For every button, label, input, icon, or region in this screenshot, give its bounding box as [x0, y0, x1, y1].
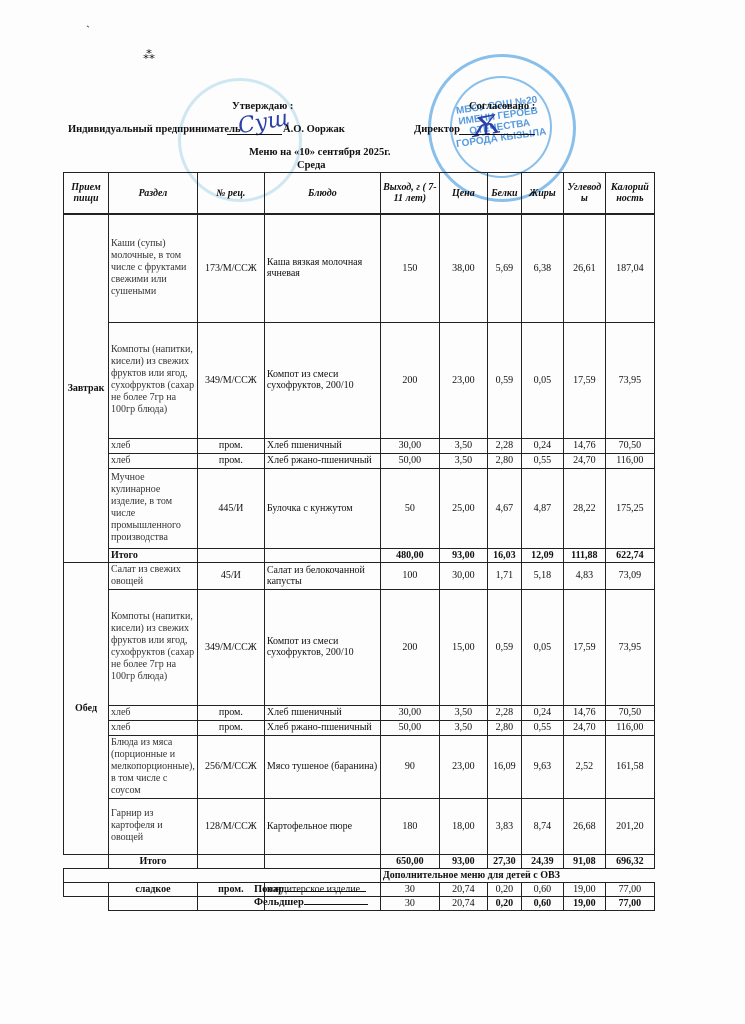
cell-recipe: пром. [197, 453, 264, 468]
cell-recipe: 256/М/ССЖ [197, 735, 264, 798]
cell-yield: 180 [380, 798, 439, 854]
cell-fat: 5,18 [521, 562, 563, 589]
extra-spacer [64, 868, 381, 882]
cell-price: 23,00 [439, 322, 487, 438]
weekday: Среда [297, 160, 326, 171]
table-row: Компоты (напитки, кисели) из свежих фрук… [64, 589, 655, 705]
total-fat: 12,09 [521, 548, 563, 562]
cell-protein: 4,67 [487, 468, 521, 548]
cell-protein: 2,28 [487, 705, 521, 720]
total-row: Итого480,0093,0016,0312,09111,88622,74 [64, 548, 655, 562]
cell-section: хлеб [109, 438, 198, 453]
cell-section: Гарнир из картофеля и овощей [109, 798, 198, 854]
total-recipe [197, 548, 264, 562]
total-label: Итого [109, 548, 198, 562]
total-carbs: 111,88 [563, 548, 605, 562]
cell-dish: Хлеб ржано-пшеничный [264, 453, 380, 468]
cell-kcal: 161,58 [605, 735, 654, 798]
total-carbs: 91,08 [563, 854, 605, 868]
cell-fat: 0,60 [521, 882, 563, 896]
total-recipe [197, 854, 264, 868]
cell-carbs: 17,59 [563, 322, 605, 438]
cell-section: хлеб [109, 705, 198, 720]
cell-price: 15,00 [439, 589, 487, 705]
cell-section: хлеб [109, 720, 198, 735]
agree-label: Согласовано : [469, 101, 535, 112]
cell-price: 3,50 [439, 453, 487, 468]
cell-dish: Хлеб пшеничный [264, 438, 380, 453]
extra-total-price: 20,74 [439, 896, 487, 910]
cell-yield: 200 [380, 322, 439, 438]
col-section: Раздел [109, 173, 198, 215]
cell-dish: Салат из белокочанной капусты [264, 562, 380, 589]
col-yield: Выход, г ( 7-11 лет) [380, 173, 439, 215]
total-spacer [64, 854, 109, 868]
cell-carbs: 14,76 [563, 705, 605, 720]
table-header: Прием пищи Раздел № рец. Блюдо Выход, г … [64, 173, 655, 215]
total-protein: 27,30 [487, 854, 521, 868]
cell-kcal: 116,00 [605, 720, 654, 735]
meal-name: Обед [64, 562, 109, 854]
extra-mark [109, 896, 198, 910]
table-row: хлебпром.Хлеб пшеничный30,003,502,280,24… [64, 438, 655, 453]
total-yield: 650,00 [380, 854, 439, 868]
cell-kcal: 73,09 [605, 562, 654, 589]
cell-protein: 0,59 [487, 589, 521, 705]
total-row: Итого650,0093,0027,3024,3991,08696,32 [64, 854, 655, 868]
cook-signature: Повар [254, 884, 366, 895]
cell-protein: 0,59 [487, 322, 521, 438]
total-protein: 16,03 [487, 548, 521, 562]
extra-total-yield: 30 [380, 896, 439, 910]
cell-protein: 1,71 [487, 562, 521, 589]
cell-price: 3,50 [439, 705, 487, 720]
cell-carbs: 24,70 [563, 453, 605, 468]
total-fat: 24,39 [521, 854, 563, 868]
total-price: 93,00 [439, 548, 487, 562]
cell-price: 30,00 [439, 562, 487, 589]
scan-mark: ⁂ [143, 48, 155, 63]
total-kcal: 696,32 [605, 854, 654, 868]
cell-section: хлеб [109, 453, 198, 468]
cell-dish: Картофельное пюре [264, 798, 380, 854]
cell-section: Компоты (напитки, кисели) из свежих фрук… [109, 589, 198, 705]
cell-dish: Хлеб ржано-пшеничный [264, 720, 380, 735]
cell-yield: 100 [380, 562, 439, 589]
cell-kcal: 175,25 [605, 468, 654, 548]
cell-yield: 150 [380, 214, 439, 322]
cell-dish: Каша вязкая молочная ячневая [264, 214, 380, 322]
extra-blank [64, 896, 109, 910]
cell-recipe: 173/М/ССЖ [197, 214, 264, 322]
col-protein: Белки [487, 173, 521, 215]
cell-price: 3,50 [439, 720, 487, 735]
cell-dish: Хлеб пшеничный [264, 705, 380, 720]
cell-carbs: 17,59 [563, 589, 605, 705]
col-meal: Прием пищи [64, 173, 109, 215]
approver-title: Индивидуальный предприниматель [68, 124, 241, 135]
cell-price: 38,00 [439, 214, 487, 322]
cell-carbs: 26,68 [563, 798, 605, 854]
cell-dish: Булочка с кунжутом [264, 468, 380, 548]
medic-label: Фельдшер [254, 897, 304, 908]
extra-menu-title-row: Дополнительное меню для детей с ОВЗ [64, 868, 655, 882]
cell-kcal: 187,04 [605, 214, 654, 322]
cell-section: Салат из свежих овощей [109, 562, 198, 589]
cell-section: Компоты (напитки, кисели) из свежих фрук… [109, 322, 198, 438]
cell-protein: 16,09 [487, 735, 521, 798]
cell-protein: 2,80 [487, 720, 521, 735]
cell-kcal: 70,50 [605, 438, 654, 453]
total-kcal: 622,74 [605, 548, 654, 562]
table-row: Компоты (напитки, кисели) из свежих фрук… [64, 322, 655, 438]
cell-yield: 30,00 [380, 705, 439, 720]
table-row: ОбедСалат из свежих овощей45/ИСалат из б… [64, 562, 655, 589]
total-dish [264, 548, 380, 562]
cell-fat: 6,38 [521, 214, 563, 322]
cell-recipe: 445/И [197, 468, 264, 548]
extra-total-fat: 0,60 [521, 896, 563, 910]
table-row: Гарнир из картофеля и овощей128/М/ССЖКар… [64, 798, 655, 854]
cell-protein: 0,20 [487, 882, 521, 896]
table-row: Мучное кулинарное изделие, в том числе п… [64, 468, 655, 548]
cell-fat: 0,55 [521, 720, 563, 735]
cell-carbs: 28,22 [563, 468, 605, 548]
extra-total-protein: 0,20 [487, 896, 521, 910]
cell-price: 25,00 [439, 468, 487, 548]
extra-blank [64, 882, 109, 896]
cell-protein: 2,80 [487, 453, 521, 468]
cell-protein: 2,28 [487, 438, 521, 453]
total-yield: 480,00 [380, 548, 439, 562]
cell-yield: 50,00 [380, 453, 439, 468]
menu-title: Меню на «10» сентября 2025г. [249, 147, 390, 158]
cell-carbs: 2,52 [563, 735, 605, 798]
meal-name: Завтрак [64, 214, 109, 562]
cell-section: Блюда из мяса (порционные и мелкопорцион… [109, 735, 198, 798]
cell-carbs: 19,00 [563, 882, 605, 896]
cell-fat: 9,63 [521, 735, 563, 798]
cell-fat: 0,24 [521, 438, 563, 453]
cell-dish: Мясо тушеное (баранина) [264, 735, 380, 798]
extra-total-kcal: 77,00 [605, 896, 654, 910]
cell-fat: 0,05 [521, 589, 563, 705]
extra-menu-title: Дополнительное меню для детей с ОВЗ [380, 868, 654, 882]
col-price: Цена [439, 173, 487, 215]
cell-kcal: 77,00 [605, 882, 654, 896]
cell-price: 3,50 [439, 438, 487, 453]
cell-price: 23,00 [439, 735, 487, 798]
col-kcal: Калорий ность [605, 173, 654, 215]
cell-carbs: 4,83 [563, 562, 605, 589]
cell-yield: 50 [380, 468, 439, 548]
table-row: хлебпром.Хлеб ржано-пшеничный50,003,502,… [64, 453, 655, 468]
cell-kcal: 73,95 [605, 589, 654, 705]
cell-price: 20,74 [439, 882, 487, 896]
cell-recipe: 45/И [197, 562, 264, 589]
cell-protein: 3,83 [487, 798, 521, 854]
col-dish: Блюдо [264, 173, 380, 215]
cell-fat: 0,24 [521, 705, 563, 720]
extra-total-carbs: 19,00 [563, 896, 605, 910]
cell-recipe: 349/М/ССЖ [197, 589, 264, 705]
table-row: хлебпром.Хлеб пшеничный30,003,502,280,24… [64, 705, 655, 720]
menu-table: Прием пищи Раздел № рец. Блюдо Выход, г … [63, 172, 655, 911]
col-carbs: Углевод ы [563, 173, 605, 215]
cell-section: Мучное кулинарное изделие, в том числе п… [109, 468, 198, 548]
cell-fat: 4,87 [521, 468, 563, 548]
cell-yield: 50,00 [380, 720, 439, 735]
cell-recipe: пром. [197, 720, 264, 735]
cell-price: 18,00 [439, 798, 487, 854]
approver-signature-line [227, 134, 282, 135]
total-dish [264, 854, 380, 868]
cook-label: Повар [254, 884, 284, 895]
cell-carbs: 14,76 [563, 438, 605, 453]
agreer-title: Директор [414, 124, 460, 135]
cell-fat: 0,55 [521, 453, 563, 468]
cell-kcal: 116,00 [605, 453, 654, 468]
cell-protein: 5,69 [487, 214, 521, 322]
cell-yield: 30,00 [380, 438, 439, 453]
total-label: Итого [109, 854, 198, 868]
cell-kcal: 201,20 [605, 798, 654, 854]
cell-recipe: пром. [197, 438, 264, 453]
approver-name: А.О. Ооржак [283, 124, 345, 135]
cell-section: сладкое [109, 882, 198, 896]
table-row: Блюда из мяса (порционные и мелкопорцион… [64, 735, 655, 798]
cell-carbs: 26,61 [563, 214, 605, 322]
cell-dish: Компот из смеси сухофруктов, 200/10 [264, 589, 380, 705]
cell-fat: 8,74 [521, 798, 563, 854]
cell-recipe: 349/М/ССЖ [197, 322, 264, 438]
cell-carbs: 24,70 [563, 720, 605, 735]
cell-yield: 30 [380, 882, 439, 896]
cell-recipe: пром. [197, 705, 264, 720]
medic-signature: Фельдшер [254, 897, 368, 908]
approve-label: Утверждаю : [232, 101, 293, 112]
cell-dish: Компот из смеси сухофруктов, 200/10 [264, 322, 380, 438]
cell-recipe: 128/М/ССЖ [197, 798, 264, 854]
cell-yield: 90 [380, 735, 439, 798]
cell-section: Каши (супы) молочные, в том числе с фрук… [109, 214, 198, 322]
col-fat: Жиры [521, 173, 563, 215]
cell-kcal: 73,95 [605, 322, 654, 438]
signature-director: Ѫ [468, 110, 502, 145]
total-price: 93,00 [439, 854, 487, 868]
cell-fat: 0,05 [521, 322, 563, 438]
col-recipe: № рец. [197, 173, 264, 215]
cell-kcal: 70,50 [605, 705, 654, 720]
scan-mark: ˎ [86, 14, 90, 29]
table-row: хлебпром.Хлеб ржано-пшеничный50,003,502,… [64, 720, 655, 735]
director-signature-line [459, 134, 535, 135]
cell-yield: 200 [380, 589, 439, 705]
table-row: ЗавтракКаши (супы) молочные, в том числе… [64, 214, 655, 322]
